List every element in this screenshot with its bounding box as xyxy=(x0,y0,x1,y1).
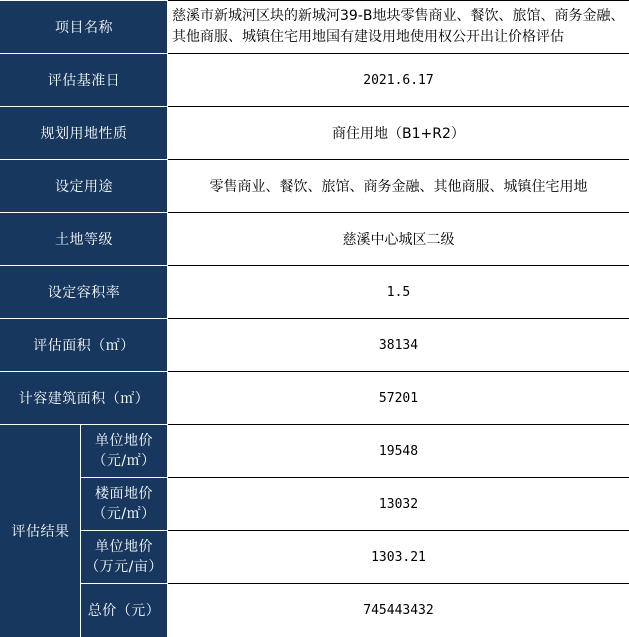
value-plot-ratio: 1.5 xyxy=(168,266,629,319)
row-project-name: 项目名称 慈溪市新城河区块的新城河39-B地块零售商业、餐饮、旅馆、商务金融、其… xyxy=(1,1,629,54)
row-designated-use: 设定用途 零售商业、餐饮、旅馆、商务金融、其他商服、城镇住宅用地 xyxy=(1,160,629,213)
label-planned-land-use: 规划用地性质 xyxy=(1,107,168,160)
label-line1: 单位地价 xyxy=(83,537,165,557)
value-planned-land-use: 商住用地（B1+R2） xyxy=(168,107,629,160)
label-valuation-date: 评估基准日 xyxy=(1,54,168,107)
label-line1: 总价（元） xyxy=(83,601,165,621)
label-line2: （元/㎡） xyxy=(83,451,165,471)
label-appraised-area: 评估面积（㎡） xyxy=(1,319,168,372)
row-valuation-date: 评估基准日 2021.6.17 xyxy=(1,54,629,107)
label-unit-land-price: 单位地价 （元/㎡） xyxy=(81,425,168,478)
value-unit-land-price: 19548 xyxy=(168,425,629,478)
value-unit-land-price-mu: 1303.21 xyxy=(168,531,629,584)
row-result-unit-price: 评估结果 单位地价 （元/㎡） 19548 xyxy=(1,425,629,478)
value-appraised-area: 38134 xyxy=(168,319,629,372)
label-line1: 楼面地价 xyxy=(83,484,165,504)
label-project-name: 项目名称 xyxy=(1,1,168,54)
label-line2: （元/㎡） xyxy=(83,504,165,524)
label-line2: （万元/亩） xyxy=(83,557,165,577)
label-total-price: 总价（元） xyxy=(81,584,168,637)
row-planned-land-use: 规划用地性质 商住用地（B1+R2） xyxy=(1,107,629,160)
label-unit-land-price-mu: 单位地价 （万元/亩） xyxy=(81,531,168,584)
row-land-grade: 土地等级 慈溪中心城区二级 xyxy=(1,213,629,266)
row-floor-area: 计容建筑面积（㎡） 57201 xyxy=(1,372,629,425)
row-result-floor-price: 楼面地价 （元/㎡） 13032 xyxy=(1,478,629,531)
value-valuation-date: 2021.6.17 xyxy=(168,54,629,107)
row-plot-ratio: 设定容积率 1.5 xyxy=(1,266,629,319)
label-floor-area: 计容建筑面积（㎡） xyxy=(1,372,168,425)
row-appraised-area: 评估面积（㎡） 38134 xyxy=(1,319,629,372)
label-designated-use: 设定用途 xyxy=(1,160,168,213)
value-land-grade: 慈溪中心城区二级 xyxy=(168,213,629,266)
value-floor-land-price: 13032 xyxy=(168,478,629,531)
label-plot-ratio: 设定容积率 xyxy=(1,266,168,319)
row-result-total-price: 总价（元） 745443432 xyxy=(1,584,629,637)
row-result-unit-price-mu: 单位地价 （万元/亩） 1303.21 xyxy=(1,531,629,584)
land-appraisal-table: 项目名称 慈溪市新城河区块的新城河39-B地块零售商业、餐饮、旅馆、商务金融、其… xyxy=(0,0,629,637)
value-total-price: 745443432 xyxy=(168,584,629,637)
value-designated-use: 零售商业、餐饮、旅馆、商务金融、其他商服、城镇住宅用地 xyxy=(168,160,629,213)
value-project-name: 慈溪市新城河区块的新城河39-B地块零售商业、餐饮、旅馆、商务金融、其他商服、城… xyxy=(168,1,629,54)
value-floor-area: 57201 xyxy=(168,372,629,425)
label-valuation-result: 评估结果 xyxy=(1,425,81,637)
label-land-grade: 土地等级 xyxy=(1,213,168,266)
label-floor-land-price: 楼面地价 （元/㎡） xyxy=(81,478,168,531)
label-line1: 单位地价 xyxy=(83,431,165,451)
